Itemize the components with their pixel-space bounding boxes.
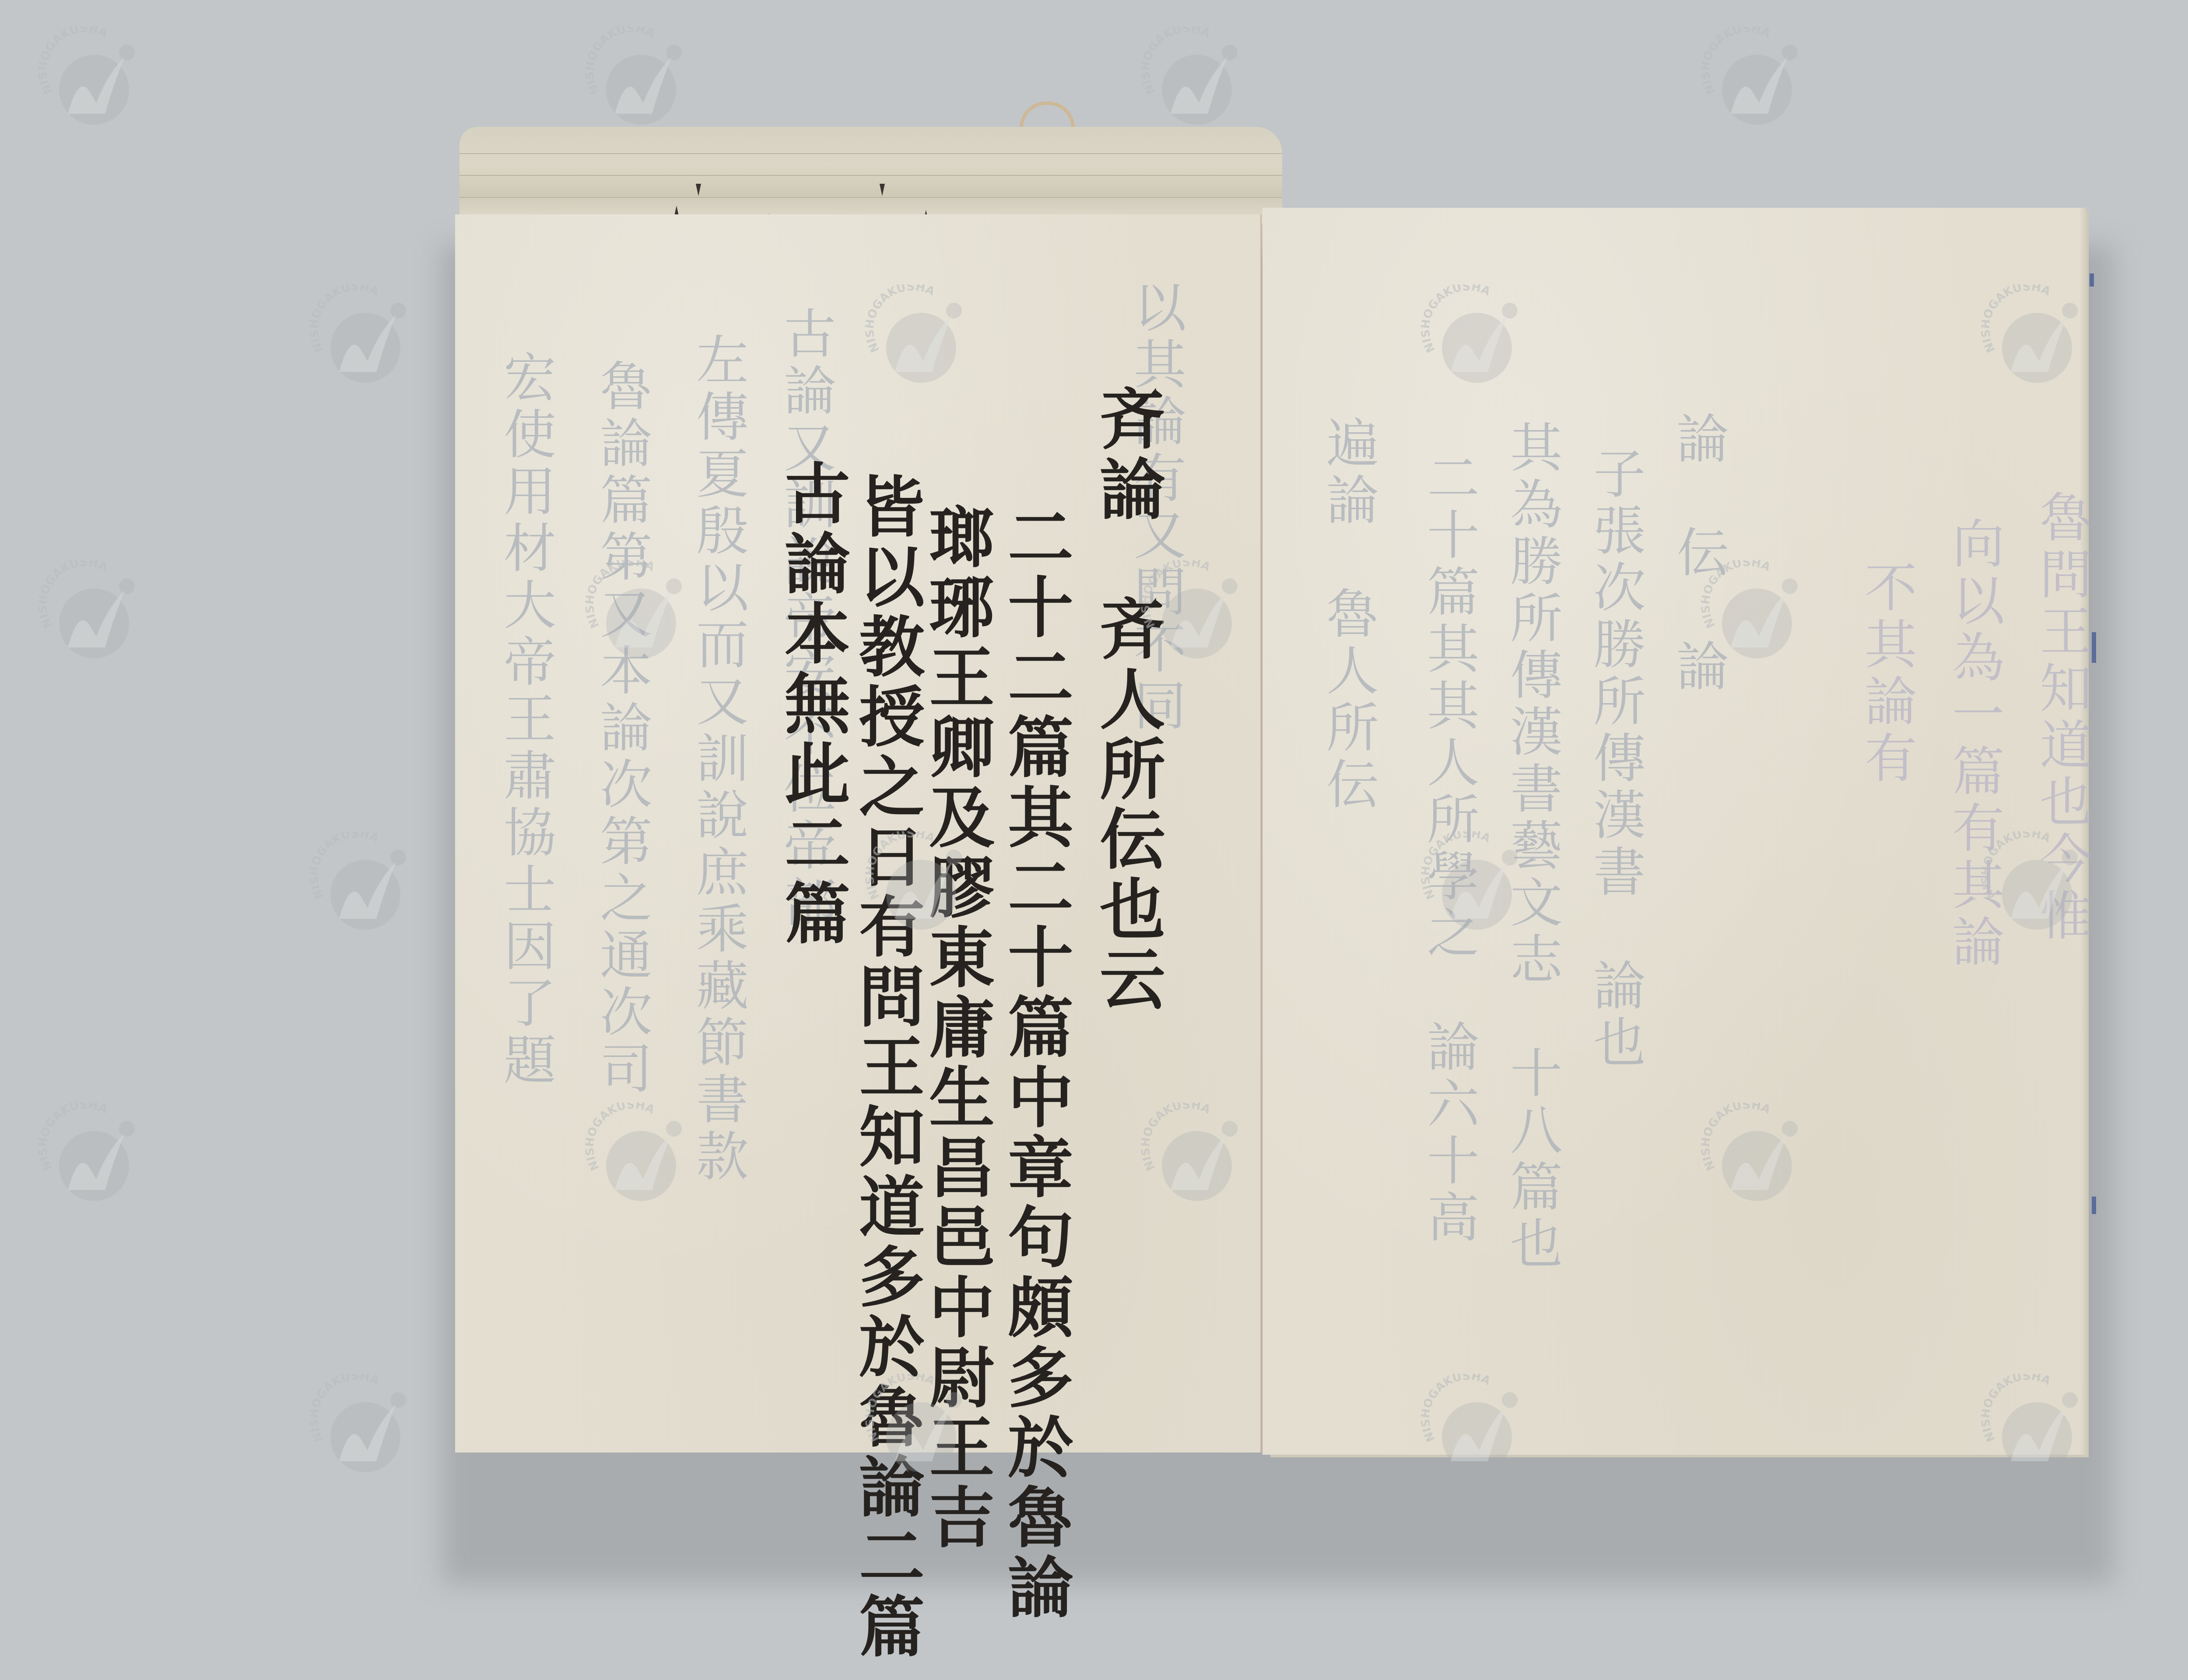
nishogakusha-watermark-icon: NISHOGAKUSHA	[1138, 26, 1243, 131]
ink-text-column: 斉論 斉人所伝也云	[1094, 385, 1160, 1015]
svg-text:NISHOGAKUSHA: NISHOGAKUSHA	[308, 284, 381, 354]
bleed-through-column: 不其論有	[1860, 560, 1912, 787]
bleed-through-column: 子張次勝所傳漢書 論也	[1588, 446, 1641, 1072]
nishogakusha-watermark-icon: NISHOGAKUSHA	[35, 26, 140, 131]
stitch-mark	[880, 184, 885, 196]
book-top-stack	[459, 127, 1282, 223]
svg-text:NISHOGAKUSHA: NISHOGAKUSHA	[1139, 26, 1213, 96]
ink-text-column: 皆以教授之日有問王知道多於魯論二篇	[853, 472, 919, 1662]
nishogakusha-watermark-icon: NISHOGAKUSHA	[35, 560, 140, 665]
nishogakusha-watermark-icon: NISHOGAKUSHA	[306, 284, 411, 389]
stitch-mark	[696, 184, 701, 196]
bleed-through-column: 左傳夏殷以而又訓說庶乘藏節書款	[691, 332, 744, 1186]
page-edge-mark	[2092, 632, 2096, 663]
bleed-through-column: 魯論篇第又本論次第之通次司	[595, 359, 648, 1098]
bleed-through-column: 論 伝 論	[1672, 411, 1724, 696]
svg-text:NISHOGAKUSHA: NISHOGAKUSHA	[36, 1102, 110, 1172]
nishogakusha-watermark-icon: NISHOGAKUSHA	[1698, 26, 1803, 131]
ink-text-column: 二十二篇其二十篇中章句頗多於魯論	[1002, 503, 1068, 1623]
ink-text-column: 古論本無此二篇	[779, 459, 845, 949]
svg-text:NISHOGAKUSHA: NISHOGAKUSHA	[308, 1374, 381, 1444]
bleed-through-column: 宏使用材大帝王肅協士因了題	[499, 350, 551, 1089]
bleed-through-column: 二十篇其其人所學之 論六十高	[1422, 451, 1475, 1247]
nishogakusha-watermark-icon: NISHOGAKUSHA	[582, 26, 687, 131]
svg-text:NISHOGAKUSHA: NISHOGAKUSHA	[308, 831, 381, 901]
svg-text:NISHOGAKUSHA: NISHOGAKUSHA	[1699, 26, 1773, 96]
scan-stage: 不其論有向以為一篇有其論魯問王知道也今惟遍論 魯人所伝二十篇其其人所學之 論六十…	[0, 0, 2188, 1680]
svg-text:NISHOGAKUSHA: NISHOGAKUSHA	[36, 560, 110, 630]
svg-text:NISHOGAKUSHA: NISHOGAKUSHA	[583, 26, 657, 96]
bleed-through-column: 魯問王知道也今惟	[2035, 490, 2087, 945]
nishogakusha-watermark-icon: NISHOGAKUSHA	[306, 1374, 411, 1479]
page-edge-mark	[2090, 273, 2094, 287]
page-edge-mark	[2092, 1197, 2096, 1214]
bleed-through-column: 向以為一篇有其論	[1947, 516, 2000, 971]
nishogakusha-watermark-icon: NISHOGAKUSHA	[306, 831, 411, 936]
svg-text:NISHOGAKUSHA: NISHOGAKUSHA	[36, 26, 110, 96]
ink-text-column: 瑯琊王卿及膠東庸生昌邑中尉王吉	[923, 503, 989, 1553]
bleed-through-column: 遍論 魯人所伝	[1322, 416, 1374, 814]
bleed-through-column: 其為勝所傳漢書藝文志 十八篇也	[1505, 420, 1558, 1273]
nishogakusha-watermark-icon: NISHOGAKUSHA	[35, 1102, 140, 1207]
